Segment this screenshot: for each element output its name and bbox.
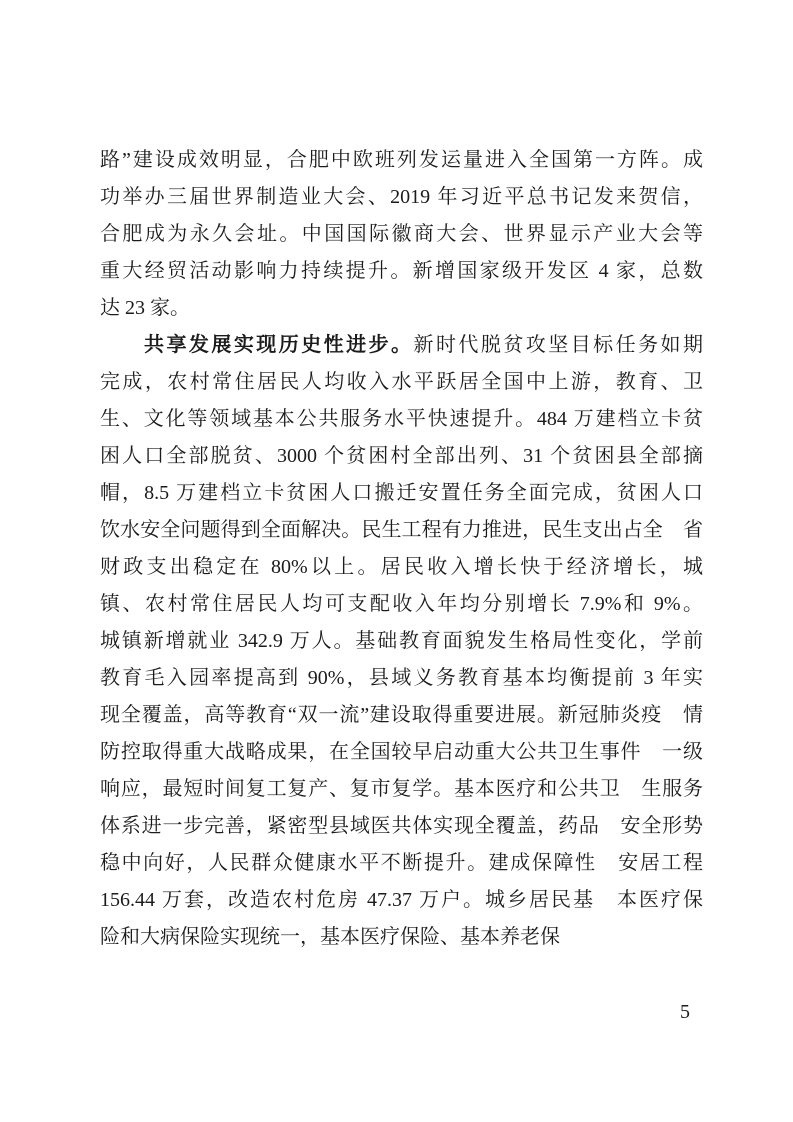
text-line: 生、文化等领域基本公共服务水平快速提升。484 万建档立卡贫 xyxy=(100,401,703,438)
text-line: 合肥成为永久会址。中国国际徽商大会、世界显示产业大会等 xyxy=(100,216,703,253)
text-line: 共享发展实现历史性进步。新时代脱贫攻坚目标任务如期 xyxy=(100,327,703,364)
text-line: 156.44 万套，改造农村危房 47.37 万户。城乡居民基 本医疗保 xyxy=(100,882,703,919)
text-line: 教育毛入园率提高到 90%，县域义务教育基本均衡提前 3 年实 xyxy=(100,660,703,697)
section-heading: 共享发展实现历史性进步。 xyxy=(144,334,414,356)
text-line: 路”建设成效明显，合肥中欧班列发运量进入全国第一方阵。成 xyxy=(100,142,703,179)
text-line: 财政支出稳定在 80%以上。居民收入增长快于经济增长，城 xyxy=(100,549,703,586)
text-line: 响应，最短时间复工复产、复市复学。基本医疗和公共卫 生服务 xyxy=(100,771,703,808)
text-line: 帽，8.5 万建档立卡贫困人口搬迁安置任务全面完成，贫困人口 xyxy=(100,475,703,512)
text-line: 完成，农村常住居民人均收入水平跃居全国中上游，教育、卫 xyxy=(100,364,703,401)
text-line: 重大经贸活动影响力持续提升。新增国家级开发区 4 家，总数 xyxy=(100,253,703,290)
text-line: 城镇新增就业 342.9 万人。基础教育面貌发生格局性变化，学前 xyxy=(100,623,703,660)
document-body: 路”建设成效明显，合肥中欧班列发运量进入全国第一方阵。成 功举办三届世界制造业大… xyxy=(100,142,703,956)
text-line: 功举办三届世界制造业大会、2019 年习近平总书记发来贺信， xyxy=(100,179,703,216)
text-line: 稳中向好，人民群众健康水平不断提升。建成保障性 安居工程 xyxy=(100,845,703,882)
text-line: 险和大病保险实现统一，基本医疗保险、基本养老保 xyxy=(100,919,703,956)
text-run: 新时代脱贫攻坚目标任务如期 xyxy=(414,334,704,356)
document-page: 路”建设成效明显，合肥中欧班列发运量进入全国第一方阵。成 功举办三届世界制造业大… xyxy=(0,0,793,1122)
text-line: 防控取得重大战略成果，在全国较早启动重大公共卫生事件 一级 xyxy=(100,734,703,771)
text-line: 镇、农村常住居民人均可支配收入年均分别增长 7.9%和 9%。 xyxy=(100,586,703,623)
text-line: 体系进一步完善，紧密型县域医共体实现全覆盖，药品 安全形势 xyxy=(100,808,703,845)
text-line: 达 23 家。 xyxy=(100,290,703,327)
text-line: 饮水安全问题得到全面解决。民生工程有力推进，民生支出占全 省 xyxy=(100,512,703,549)
page-number: 5 xyxy=(670,998,700,1026)
text-line: 现全覆盖，高等教育“双一流”建设取得重要进展。新冠肺炎疫 情 xyxy=(100,697,703,734)
text-line: 困人口全部脱贫、3000 个贫困村全部出列、31 个贫困县全部摘 xyxy=(100,438,703,475)
